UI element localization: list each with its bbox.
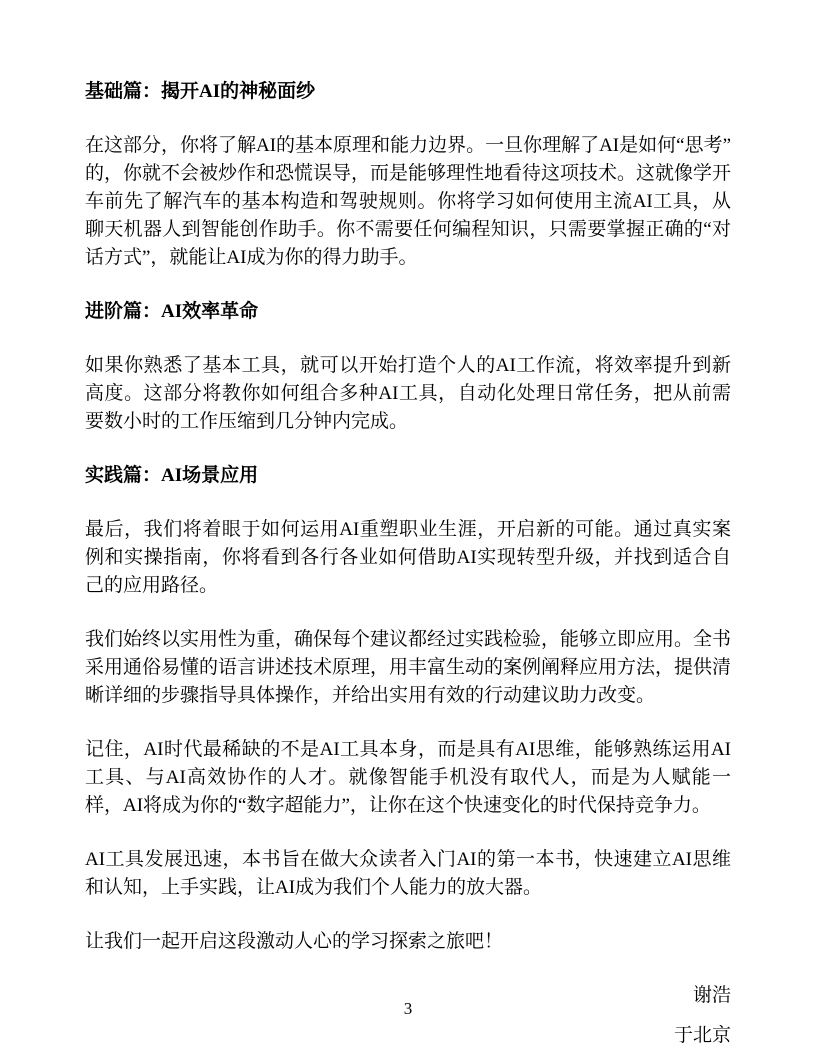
- body-paragraph: 我们始终以实用性为重，确保每个建议都经过实践检验，能够立即应用。全书采用通俗易懂…: [85, 626, 731, 710]
- section-heading-advanced: 进阶篇：AI效率革命: [85, 298, 731, 326]
- body-paragraph: 在这部分，你将了解AI的基本原理和能力边界。一旦你理解了AI是如何“思考”的，你…: [85, 132, 731, 272]
- body-paragraph: 记住，AI时代最稀缺的不是AI工具本身，而是具有AI思维，能够熟练运用AI工具、…: [85, 736, 731, 820]
- body-paragraph: 如果你熟悉了基本工具，就可以开始打造个人的AI工作流，将效率提升到新高度。这部分…: [85, 352, 731, 436]
- body-paragraph: 最后，我们将着眼于如何运用AI重塑职业生涯，开启新的可能。通过真实案例和实操指南…: [85, 516, 731, 600]
- body-paragraph: AI工具发展迅速，本书旨在做大众读者入门AI的第一本书，快速建立AI思维和认知，…: [85, 846, 731, 902]
- section-heading-basics: 基础篇：揭开AI的神秘面纱: [85, 78, 731, 106]
- document-page: 基础篇：揭开AI的神秘面纱 在这部分，你将了解AI的基本原理和能力边界。一旦你理…: [0, 0, 816, 1056]
- page-number: 3: [0, 998, 816, 1020]
- closing-paragraph: 让我们一起开启这段激动人心的学习探索之旅吧！: [85, 928, 731, 956]
- section-heading-practice: 实践篇：AI场景应用: [85, 462, 731, 490]
- signature-location: 于北京: [85, 1022, 731, 1050]
